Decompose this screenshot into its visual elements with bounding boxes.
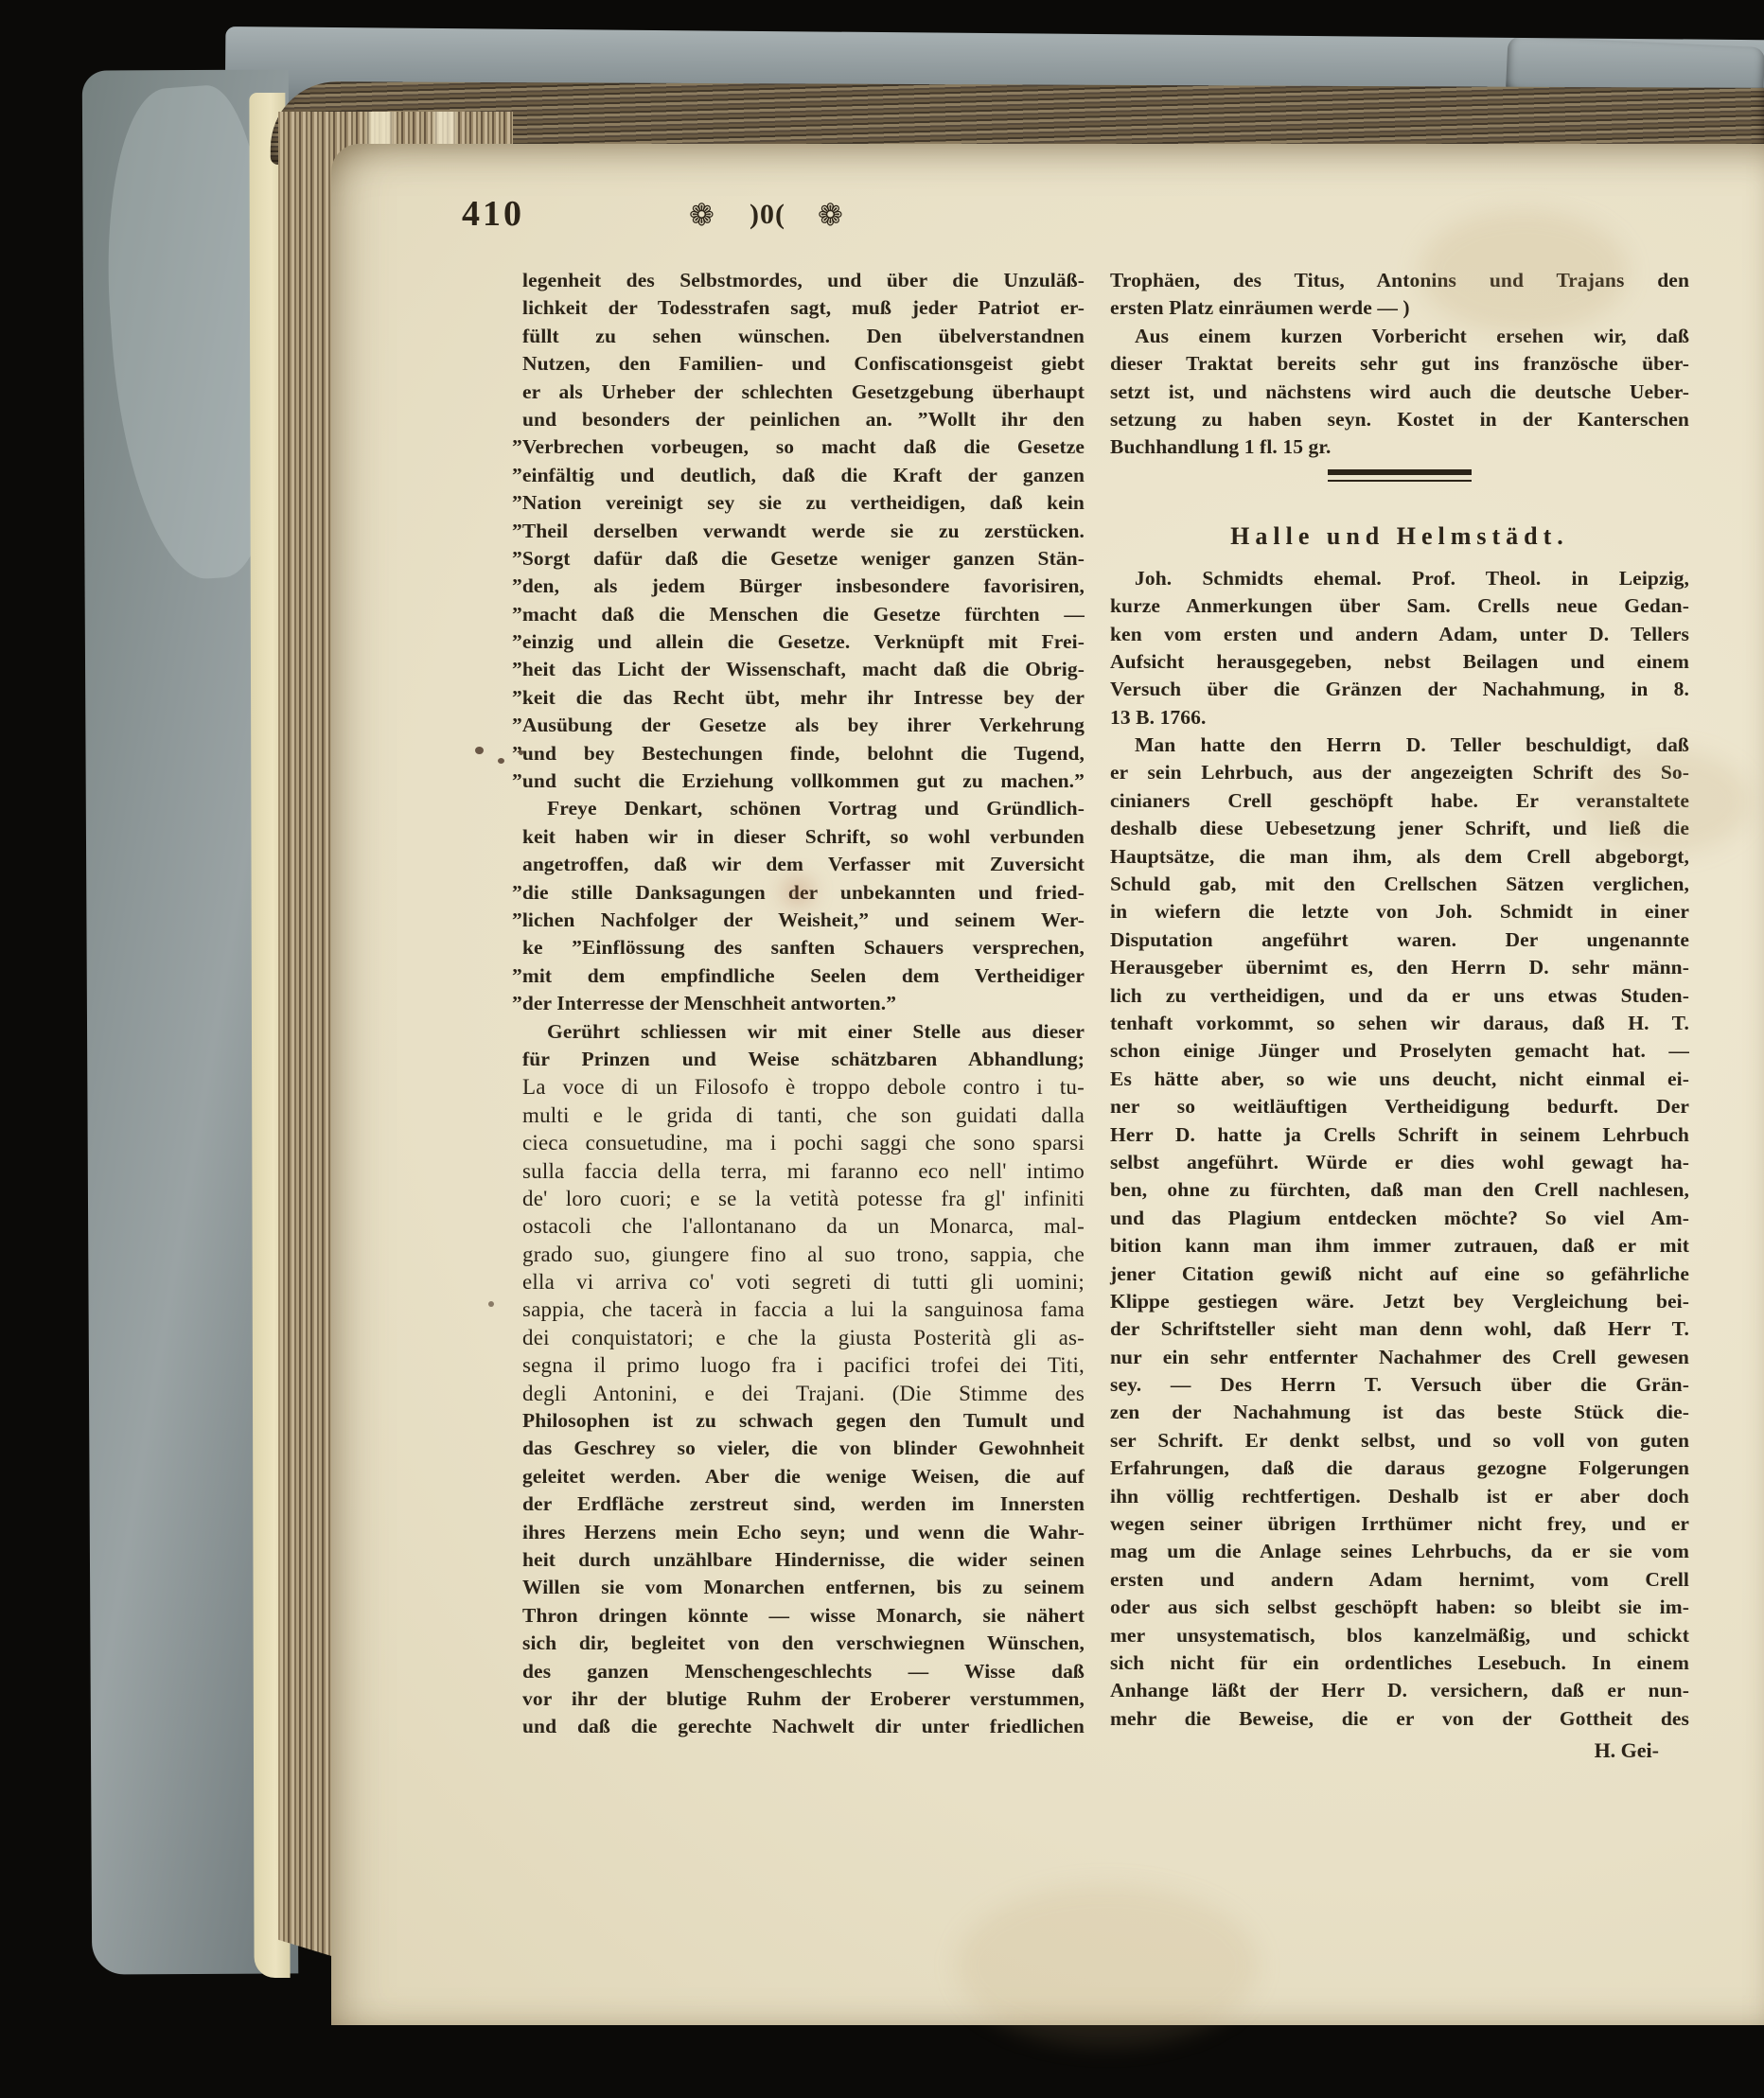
right-column: Trophäen, des Titus, Antonins und Trajan… [1110,267,1689,1765]
section-divider [1328,469,1472,482]
text-line: segna il primo luogo fra i pacifici trof… [522,1351,1085,1379]
text-line: zen der Nachahmung ist das beste Stück d… [1110,1399,1689,1426]
text-line: das Geschrey so vieler, die von blinder … [522,1435,1085,1462]
text-line: grado suo, giungere fino al suo trono, s… [522,1241,1085,1268]
text-line: ”Sorgt dafür daß die Gesetze weniger gan… [522,545,1085,573]
text-line: dieser Traktat bereits sehr gut ins fran… [1110,350,1689,378]
book-page: 410 ❁ )0( ❁ legenheit des Selbstmordes, … [331,144,1764,2025]
text-line: ”heit das Licht der Wissenschaft, macht … [522,656,1085,683]
text-line: ostacoli che l'allontanano da un Monarca… [522,1212,1085,1240]
text-line: mer unsystematisch, blos kanzelmäßig, un… [1110,1622,1689,1649]
text-line: degli Antonini, e dei Trajani. (Die Stim… [522,1380,1085,1407]
text-line: Disputation angeführt waren. Der ungenan… [1110,926,1689,954]
text-line: selbst angeführt. Würde er dies wohl gew… [1110,1149,1689,1176]
text-line: in wiefern die letzte von Joh. Schmidt i… [1110,898,1689,926]
text-line: und besonders der peinlichen an. ”Wollt … [522,406,1085,433]
text-line: legenheit des Selbstmordes, und über die… [522,267,1085,294]
foxing-stain [785,882,810,901]
text-line: ”Theil derselben verwandt werde sie zu z… [522,518,1085,545]
text-line: ”einfältig und deutlich, daß die Kraft d… [522,462,1085,489]
text-line: ihn völlig rechtfertigen. Deshalb ist er… [1110,1483,1689,1510]
text-line: Nutzen, den Familien- und Confiscationsg… [522,350,1085,378]
text-line: ella vi arriva co' voti segreti di tutti… [522,1268,1085,1296]
text-line: ben, ohne zu fürchten, daß man den Crell… [1110,1176,1689,1204]
text-line: Man hatte den Herrn D. Teller beschuldig… [1110,732,1689,759]
text-line: ”lichen Nachfolger der Weisheit,” und se… [522,907,1085,934]
text-line: mehr die Beweise, die er von der Gotthei… [1110,1705,1689,1733]
text-line: ”und sucht die Erziehung vollkommen gut … [522,767,1085,795]
text-line: Philosophen ist zu schwach gegen den Tum… [522,1407,1085,1435]
text-line: der Schriftsteller sieht man denn wohl, … [1110,1315,1689,1343]
text-line: kurze Anmerkungen über Sam. Crells neue … [1110,592,1689,620]
text-line: geleitet werden. Aber die wenige Weisen,… [522,1463,1085,1490]
text-line: schon einige Jünger und Proselyten gemac… [1110,1037,1689,1065]
text-line: ner so weitläuftigen Vertheidigung bedur… [1110,1093,1689,1120]
text-line: ”mit dem empfindliche Seelen dem Verthei… [522,962,1085,990]
text-line: tenhaft vorkommt, so sehen wir daraus, d… [1110,1010,1689,1037]
foxing-stain [956,1885,1259,2046]
text-line: multi e le grida di tanti, che son guida… [522,1102,1085,1129]
text-line: Thron dringen könnte — wisse Monarch, si… [522,1602,1085,1630]
text-line: jener Citation gewiß nicht auf eine so g… [1110,1261,1689,1288]
text-line: Joh. Schmidts ehemal. Prof. Theol. in Le… [1110,565,1689,592]
page-number: 410 [462,193,524,235]
text-line: Schuld gab, mit den Crellschen Sätzen ve… [1110,871,1689,898]
text-line: ”macht daß die Menschen die Gesetze fürc… [522,601,1085,628]
text-line: Freye Denkart, schönen Vortrag und Gründ… [522,795,1085,822]
text-line: vor ihr der blutige Ruhm der Eroberer ve… [522,1685,1085,1713]
book-photo: 410 ❁ )0( ❁ legenheit des Selbstmordes, … [0,0,1764,2098]
text-line: sulla faccia della terra, mi faranno eco… [522,1157,1085,1185]
text-line: ”Verbrechen vorbeugen, so macht daß die … [522,433,1085,461]
text-line: der Erdfläche zerstreut sind, werden im … [522,1490,1085,1518]
text-line: ”den, als jedem Bürger insbesondere favo… [522,573,1085,600]
text-line: und das Plagium entdecken möchte? So vie… [1110,1205,1689,1232]
text-line: ersten und andern Adam hernimt, vom Crel… [1110,1566,1689,1594]
signature-mark: )0( [750,199,785,231]
ink-speck [519,750,523,755]
text-line: setzung zu haben seyn. Kostet in der Kan… [1110,406,1689,433]
text-line: ke ”Einflössung des sanften Schauers ver… [522,934,1085,961]
text-line: nur ein sehr entfernter Nachahmer des Cr… [1110,1344,1689,1371]
left-column: legenheit des Selbstmordes, und über die… [522,267,1085,1741]
text-line: setzt ist, und nächstens wird auch die d… [1110,379,1689,406]
text-line: sey. — Des Herrn T. Versuch über die Grä… [1110,1371,1689,1399]
text-line: Willen sie vom Monarchen entfernen, bis … [522,1574,1085,1601]
text-line: oder aus sich selbst geschöpft haben: so… [1110,1594,1689,1621]
ink-speck [475,747,484,754]
text-line: füllt zu sehen wünschen. Den übelverstan… [522,323,1085,350]
text-line: Herr D. hatte ja Crells Schrift in seine… [1110,1121,1689,1149]
text-line: ”der Interresse der Menschheit antworten… [522,990,1085,1017]
shell-ornament-icon: ❁ [818,197,843,233]
text-line: Buchhandlung 1 fl. 15 gr. [1110,433,1689,461]
text-line: de' loro cuori; e se la vetità potesse f… [522,1185,1085,1212]
ink-speck [498,758,504,764]
foxing-stain [1420,210,1628,333]
text-line: Es hätte aber, so wie uns deucht, nicht … [1110,1066,1689,1093]
text-line: des ganzen Menschengeschlechts — Wisse d… [522,1658,1085,1685]
text-line: sich dir, begleitet von den verschwiegne… [522,1630,1085,1657]
text-line: sappia, che tacerà in faccia a lui la sa… [522,1296,1085,1323]
text-line: und daß die gerechte Nachwelt dir unter … [522,1713,1085,1740]
text-line: ”und bey Bestechungen finde, belohnt die… [522,740,1085,767]
text-line: für Prinzen und Weise schätzbaren Abhand… [522,1046,1085,1073]
text-line: dei conquistatori; e che la giusta Poste… [522,1324,1085,1351]
text-line: Hauptsätze, die man ihm, als dem Crell a… [1110,843,1689,871]
text-line: angetroffen, daß wir dem Verfasser mit Z… [522,851,1085,878]
text-line: ken vom ersten und andern Adam, unter D.… [1110,621,1689,648]
text-line: lich zu vertheidigen, und da er uns etwa… [1110,982,1689,1010]
shell-ornament-icon: ❁ [689,197,714,233]
text-line: ”einzig und allein die Gesetze. Verknüpf… [522,628,1085,656]
text-line: lichkeit der Todesstrafen sagt, muß jede… [522,294,1085,322]
text-line: ihres Herzens mein Echo seyn; und wenn d… [522,1519,1085,1546]
text-line: Herausgeber übernimt es, den Herrn D. se… [1110,954,1689,981]
text-line: mag um die Anlage seines Lehrbuchs, da e… [1110,1538,1689,1565]
text-line: keit haben wir in dieser Schrift, so woh… [522,823,1085,851]
text-line: Gerührt schliessen wir mit einer Stelle … [522,1018,1085,1046]
text-line: 13 B. 1766. [1110,704,1689,732]
text-line: Versuch über die Gränzen der Nachahmung,… [1110,676,1689,703]
text-line: bition kann man ihm immer zutrauen, daß … [1110,1232,1689,1260]
text-line: er als Urheber der schlechten Gesetzgebu… [522,379,1085,406]
text-line: ”keit die das Recht übt, mehr ihr Intres… [522,684,1085,712]
text-line: Aufsicht herausgegeben, nebst Beilagen u… [1110,648,1689,676]
text-line: ser Schrift. Er denkt selbst, und so vol… [1110,1427,1689,1454]
text-line: Anhange läßt der Herr D. versichern, daß… [1110,1677,1689,1704]
text-line: cieca consuetudine, ma i pochi saggi che… [522,1129,1085,1156]
catchword: H. Gei- [1110,1737,1689,1764]
text-line: Aus einem kurzen Vorbericht ersehen wir,… [1110,323,1689,350]
text-line: La voce di un Filosofo è troppo debole c… [522,1073,1085,1101]
text-line: sich nicht für ein ordentliches Lesebuch… [1110,1649,1689,1677]
text-line: Klippe gestiegen wäre. Jetzt bey Verglei… [1110,1288,1689,1315]
text-line: wegen seiner übrigen Irrthümer nicht fre… [1110,1510,1689,1538]
foxing-stain [1580,749,1751,854]
text-line: heit durch unzählbare Hindernisse, die w… [522,1546,1085,1574]
text-line: Erfahrungen, daß die daraus gezogne Folg… [1110,1454,1689,1482]
text-line: ”Nation vereinigt sey sie zu vertheidige… [522,489,1085,517]
text-line: ”Ausübung der Gesetze als bey ihrer Verk… [522,712,1085,739]
section-heading: Halle und Helmstädt. [1110,521,1689,552]
ink-speck [488,1301,494,1307]
